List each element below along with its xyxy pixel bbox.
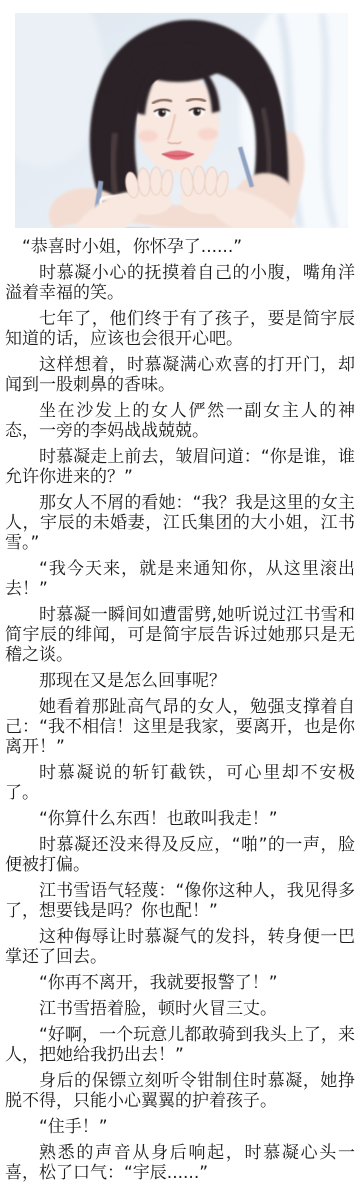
paragraph: “你算什么东西！也敢叫我走！”: [5, 809, 355, 829]
paragraph: 身后的保镖立刻听令钳制住时慕凝，她挣脱不得，只能小心翼翼的护着孩子。: [5, 1071, 355, 1111]
hand-left: [124, 167, 174, 215]
paragraph: 时慕凝还没来得及反应，“啪”的一声，脸便被打偏。: [5, 835, 355, 875]
paragraph: 坐在沙发上的女人俨然一副女主人的神态，一旁的李妈战战兢兢。: [5, 401, 355, 441]
hairline: [133, 44, 223, 82]
paragraph: 那现在又是怎么回事呢？: [5, 671, 355, 691]
paragraph: “住手！”: [5, 1117, 355, 1137]
paragraph: “好啊，一个玩意儿都敢骑到我头上了，来人，把她给我扔出去！”: [5, 1025, 355, 1065]
eye-right: [189, 107, 204, 117]
paragraph: “你再不离开，我就要报警了！”: [5, 973, 355, 993]
paragraph: 七年了，他们终于有了孩子，要是简宇辰知道的话，应该也会很开心吧。: [5, 309, 355, 349]
paragraph: 这样想着，时慕凝满心欢喜的打开门，却闻到一股刺鼻的香味。: [5, 355, 355, 395]
paragraph: 时慕凝一瞬间如遭雷劈,她听说过江书雪和简宇辰的绯闻，可是简宇辰告诉过她那只是无稽…: [5, 605, 355, 665]
blush-left: [138, 130, 158, 142]
eye-left: [154, 108, 169, 118]
novel-reader-page: “恭喜时小姐，你怀孕了......” 时慕凝小心的抚摸着自己的小腹，嘴角洋溢着幸…: [0, 0, 360, 1200]
paragraph: 时慕凝小心的抚摸着自己的小腹，嘴角洋溢着幸福的笑。: [5, 263, 355, 303]
paragraph: 江书雪捂着脸，顿时火冒三丈。: [5, 999, 355, 1019]
blush-right: [198, 128, 218, 140]
paragraph: 她看着那趾高气昂的女人，勉强支撑着自己：“我不相信！这里是我家，要离开，也是你离…: [5, 697, 355, 757]
paragraph: 时慕凝说的斩钉截铁，可心里却不安极了。: [5, 763, 355, 803]
paragraph: 这种侮辱让时慕凝气的发抖，转身便一巴掌还了回去。: [5, 927, 355, 967]
story-photo: [15, 13, 348, 228]
paragraph: 那女人不屑的看她：“我？我是这里的女主人，宇辰的未婚妻，江氏集团的大小姐，江书雪…: [5, 493, 355, 553]
paragraph: “我今天来，就是来通知你，从这里滚出去！”: [5, 559, 355, 599]
paragraph: “恭喜时小姐，你怀孕了......”: [5, 237, 355, 257]
paragraph: 时慕凝走上前去，皱眉问道：“你是谁，谁允许你进来的？”: [5, 447, 355, 487]
story-photo-illustration: [15, 13, 348, 228]
paragraph: 熟悉的声音从身后响起，时慕凝心头一喜，松了口气：“宇辰......”: [5, 1143, 355, 1183]
paragraph: 江书雪语气轻蔑：“像你这种人，我见得多了，想要钱是吗？你也配！”: [5, 881, 355, 921]
chapter-text: “恭喜时小姐，你怀孕了......” 时慕凝小心的抚摸着自己的小腹，嘴角洋溢着幸…: [0, 237, 360, 1189]
